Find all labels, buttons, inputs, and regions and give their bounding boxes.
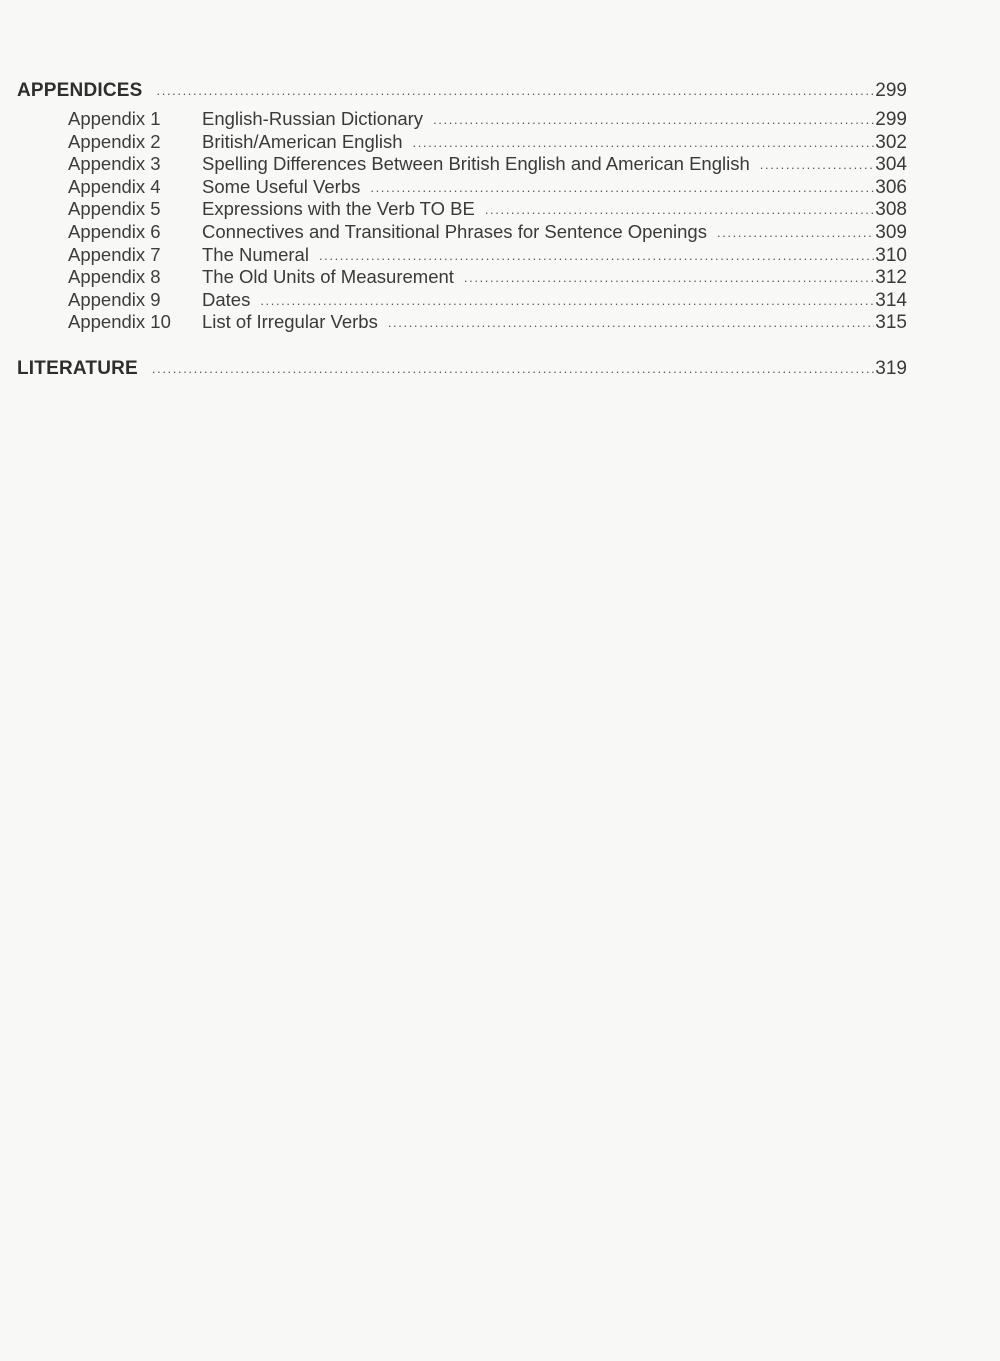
page-number: 302	[874, 132, 907, 154]
appendix-label: Appendix 9	[68, 289, 202, 311]
toc-entry: Appendix 7The Numeral310	[68, 244, 907, 267]
page-number: 304	[874, 154, 907, 176]
appendix-title: Spelling Differences Between British Eng…	[202, 153, 760, 175]
page-number: 308	[874, 199, 907, 221]
toc-page: APPENDICES 299 Appendix 1English-Russian…	[0, 0, 1000, 1361]
dot-leader	[464, 270, 874, 285]
appendix-list: Appendix 1English-Russian Dictionary299A…	[68, 108, 907, 334]
appendix-title: The Old Units of Measurement	[202, 266, 464, 288]
toc-entry: Appendix 4Some Useful Verbs306	[68, 176, 907, 199]
appendix-label: Appendix 10	[68, 311, 202, 333]
toc-entry: Appendix 10List of Irregular Verbs315	[68, 311, 907, 334]
toc-entry: Appendix 6Connectives and Transitional P…	[68, 221, 907, 244]
appendix-title: Connectives and Transitional Phrases for…	[202, 221, 717, 243]
toc-section-literature: LITERATURE 319	[17, 358, 907, 380]
appendix-label: Appendix 1	[68, 108, 202, 130]
appendix-label: Appendix 6	[68, 221, 202, 243]
dot-leader	[319, 248, 874, 263]
appendix-label: Appendix 4	[68, 176, 202, 198]
dot-leader	[760, 157, 875, 172]
page-number: 299	[874, 80, 907, 102]
appendix-title: Some Useful Verbs	[202, 176, 370, 198]
toc-entry: Appendix 5Expressions with the Verb TO B…	[68, 198, 907, 221]
page-number: 306	[874, 177, 907, 199]
appendix-title: British/American English	[202, 131, 413, 153]
page-number: 309	[874, 222, 907, 244]
toc-entry: Appendix 9Dates314	[68, 289, 907, 312]
appendix-title: English-Russian Dictionary	[202, 108, 433, 130]
page-number: 312	[874, 267, 907, 289]
toc-entry: Appendix 3Spelling Differences Between B…	[68, 153, 907, 176]
dot-leader	[388, 315, 874, 330]
section-title: LITERATURE	[17, 358, 152, 380]
appendix-title: The Numeral	[202, 244, 319, 266]
dot-leader	[152, 361, 874, 376]
appendix-title: Dates	[202, 289, 260, 311]
dot-leader	[370, 180, 874, 195]
dot-leader	[413, 135, 875, 150]
appendix-label: Appendix 8	[68, 266, 202, 288]
dot-leader	[717, 225, 874, 240]
dot-leader	[260, 293, 874, 308]
page-number: 315	[874, 312, 907, 334]
toc-section-appendices: APPENDICES 299	[17, 80, 907, 102]
dot-leader	[485, 202, 874, 217]
toc-entry: Appendix 2British/American English302	[68, 131, 907, 154]
page-number: 314	[874, 290, 907, 312]
page-number: 319	[874, 358, 907, 380]
dot-leader	[157, 83, 875, 98]
appendix-title: List of Irregular Verbs	[202, 311, 388, 333]
page-number: 299	[874, 109, 907, 131]
appendix-label: Appendix 2	[68, 131, 202, 153]
appendix-label: Appendix 3	[68, 153, 202, 175]
toc-entry: Appendix 8The Old Units of Measurement31…	[68, 266, 907, 289]
appendix-label: Appendix 5	[68, 198, 202, 220]
appendix-title: Expressions with the Verb TO BE	[202, 198, 485, 220]
toc-entry: Appendix 1English-Russian Dictionary299	[68, 108, 907, 131]
section-title: APPENDICES	[17, 80, 157, 102]
dot-leader	[433, 112, 874, 127]
appendix-label: Appendix 7	[68, 244, 202, 266]
page-number: 310	[874, 245, 907, 267]
